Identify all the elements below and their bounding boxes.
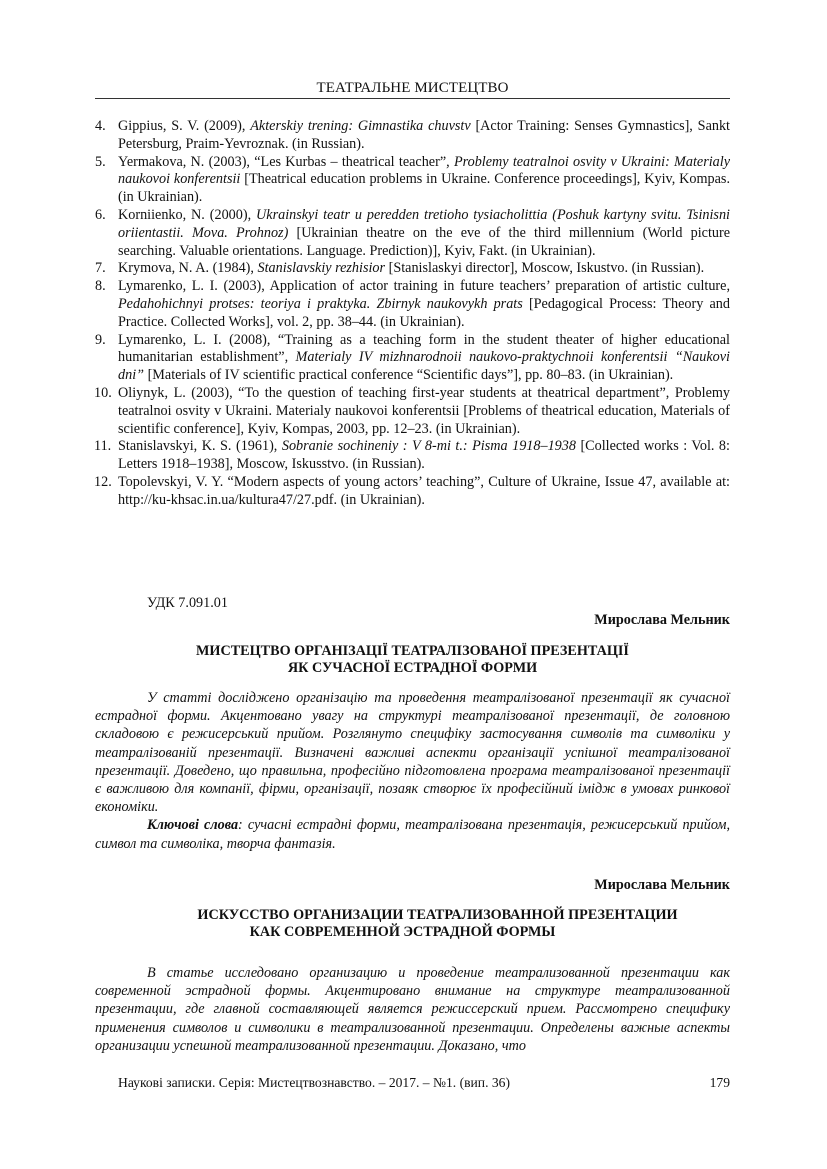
- reference-number: 5.: [95, 154, 106, 172]
- reference-text: Korniienko, N. (2000),: [118, 207, 256, 223]
- reference-number: 12.: [94, 474, 112, 492]
- reference-item: 7.Krymova, N. A. (1984), Stanislavskiy r…: [95, 260, 730, 278]
- author-name-russian: Мирослава Мельник: [594, 877, 730, 894]
- title-line-2: ЯК СУЧАСНОЇ ЕСТРАДНОЇ ФОРМИ: [95, 660, 730, 677]
- reference-item: 11.Stanislavskyi, K. S. (1961), Sobranie…: [95, 438, 730, 474]
- page-footer: Наукові записки. Серія: Мистецтвознавств…: [118, 1075, 730, 1091]
- reference-title: Sobranie sochineniy : V 8-mi t.: Pisma 1…: [282, 438, 576, 454]
- reference-number: 10.: [94, 385, 112, 403]
- keywords: Ключові слова: сучасні естрадні форми, т…: [95, 816, 730, 852]
- article-title-russian: ИСКУССТВО ОРГАНИЗАЦИИ ТЕАТРАЛИЗОВАННОЙ П…: [120, 907, 755, 941]
- reference-title: Stanislavskiy rezhisior: [258, 260, 386, 276]
- journal-citation: Наукові записки. Серія: Мистецтвознавств…: [118, 1075, 510, 1090]
- article-title-ukrainian: МИСТЕЦТВО ОРГАНІЗАЦІЇ ТЕАТРАЛІЗОВАНОЇ ПР…: [95, 643, 730, 677]
- abstract-ukrainian: У статті досліджено організацію та прове…: [95, 689, 730, 853]
- author-name-ukrainian: Мирослава Мельник: [594, 612, 730, 629]
- reference-item: 8.Lymarenko, L. I. (2003), Application o…: [95, 278, 730, 331]
- header-rule: [95, 98, 730, 99]
- reference-text: Topolevskyi, V. Y. “Modern aspects of yo…: [118, 474, 730, 508]
- reference-text: [Materials of IV scientific practical co…: [144, 367, 673, 383]
- title-line-2: КАК СОВРЕМЕННОЙ ЭСТРАДНОЙ ФОРМЫ: [120, 924, 755, 941]
- running-head: ТЕАТРАЛЬНЕ МИСТЕЦТВО: [95, 80, 730, 97]
- reference-number: 6.: [95, 207, 106, 225]
- reference-text: Yermakova, N. (2003), “Les Kurbas – thea…: [118, 154, 454, 170]
- reference-item: 9.Lymarenko, L. I. (2008), “Training as …: [95, 332, 730, 385]
- abstract-text: В статье исследовано организацию и прове…: [95, 964, 730, 1055]
- reference-number: 4.: [95, 118, 106, 136]
- reference-number: 8.: [95, 278, 106, 296]
- reference-item: 6.Korniienko, N. (2000), Ukrainskyi teat…: [95, 207, 730, 260]
- reference-number: 7.: [95, 260, 106, 278]
- reference-number: 9.: [95, 332, 106, 350]
- reference-text: Gippius, S. V. (2009),: [118, 118, 250, 134]
- abstract-text: У статті досліджено організацію та прове…: [95, 689, 730, 816]
- reference-list: 4.Gippius, S. V. (2009), Akterskiy treni…: [95, 118, 730, 510]
- reference-text: [Stanislaskyi director], Moscow, Iskustv…: [385, 260, 704, 276]
- title-line-1: МИСТЕЦТВО ОРГАНІЗАЦІЇ ТЕАТРАЛІЗОВАНОЇ ПР…: [95, 643, 730, 660]
- page-number: 179: [710, 1075, 730, 1091]
- reference-title: Pedahohichnyi protses: teoriya i praktyk…: [118, 296, 523, 312]
- reference-text: Krymova, N. A. (1984),: [118, 260, 258, 276]
- abstract-russian: В статье исследовано организацию и прове…: [95, 964, 730, 1055]
- reference-item: 10.Oliynyk, L. (2003), “To the question …: [95, 385, 730, 438]
- udk-code: УДК 7.091.01: [147, 595, 228, 612]
- reference-item: 12.Topolevskyi, V. Y. “Modern aspects of…: [95, 474, 730, 510]
- reference-text: Lymarenko, L. I. (2003), Application of …: [118, 278, 730, 294]
- reference-text: Oliynyk, L. (2003), “To the question of …: [118, 385, 730, 437]
- reference-item: 4.Gippius, S. V. (2009), Akterskiy treni…: [95, 118, 730, 154]
- reference-number: 11.: [94, 438, 111, 456]
- reference-title: Akterskiy trening: Gimnastika chuvstv: [250, 118, 470, 134]
- title-line-1: ИСКУССТВО ОРГАНИЗАЦИИ ТЕАТРАЛИЗОВАННОЙ П…: [120, 907, 755, 924]
- reference-item: 5.Yermakova, N. (2003), “Les Kurbas – th…: [95, 154, 730, 207]
- keywords-label: Ключові слова: [147, 817, 238, 833]
- reference-text: Stanislavskyi, K. S. (1961),: [118, 438, 282, 454]
